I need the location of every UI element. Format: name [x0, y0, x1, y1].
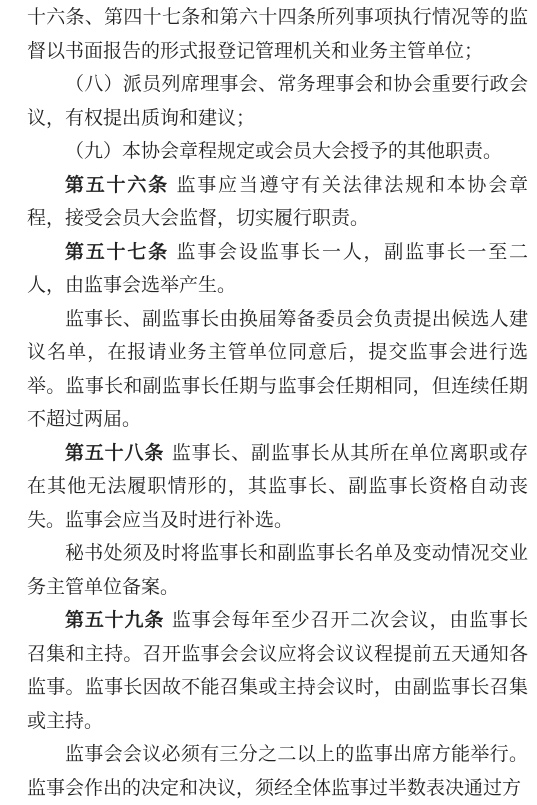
paragraph-text: （八）派员列席理事会、常务理事会和协会重要行政会议，有权提出质询和建议；: [27, 74, 528, 129]
article-57-detail-paragraph: 监事长、副监事长由换届筹备委员会负责提出候选人建议名单，在报请业务主管单位同意后…: [27, 303, 528, 437]
article-number: 第五十六条: [65, 175, 169, 196]
article-56-paragraph: 第五十六条监事应当遵守有关法律法规和本协会章程，接受会员大会监督，切实履行职责。: [27, 169, 528, 236]
paragraph-text: 监事长、副监事长由换届筹备委员会负责提出候选人建议名单，在报请业务主管单位同意后…: [27, 309, 528, 431]
paragraph-text: 监事会会议必须有三分之二以上的监事出席方能举行。监事会作出的决定和决议，须经全体…: [27, 744, 528, 799]
paragraph-text: 秘书处须及时将监事长和副监事长名单及变动情况交业务主管单位备案。: [27, 543, 528, 598]
article-58-paragraph: 第五十八条监事长、副监事长从其所在单位离职或存在其他无法履职情形的，其监事长、副…: [27, 437, 528, 538]
article-59-paragraph: 第五十九条监事会每年至少召开二次会议，由监事长召集和主持。召开监事会会议应将会议…: [27, 604, 528, 738]
paragraph-text: 十六条、第四十七条和第六十四条所列事项执行情况等的监督以书面报告的形式报登记管理…: [27, 7, 528, 62]
continuation-paragraph: 十六条、第四十七条和第六十四条所列事项执行情况等的监督以书面报告的形式报登记管理…: [27, 1, 528, 68]
article-57-paragraph: 第五十七条监事会设监事长一人，副监事长一至二人，由监事会选举产生。: [27, 236, 528, 303]
article-59-detail-paragraph: 监事会会议必须有三分之二以上的监事出席方能举行。监事会作出的决定和决议，须经全体…: [27, 738, 528, 805]
article-number: 第五十八条: [65, 443, 164, 464]
article-number: 第五十七条: [65, 242, 169, 263]
article-number: 第五十九条: [65, 610, 164, 631]
article-58-detail-paragraph: 秘书处须及时将监事长和副监事长名单及变动情况交业务主管单位备案。: [27, 537, 528, 604]
paragraph-text: （九）本协会章程规定或会员大会授予的其他职责。: [65, 141, 502, 162]
clause-9-paragraph: （九）本协会章程规定或会员大会授予的其他职责。: [27, 135, 528, 169]
clause-8-paragraph: （八）派员列席理事会、常务理事会和协会重要行政会议，有权提出质询和建议；: [27, 68, 528, 135]
document-page: 十六条、第四十七条和第六十四条所列事项执行情况等的监督以书面报告的形式报登记管理…: [0, 0, 537, 805]
